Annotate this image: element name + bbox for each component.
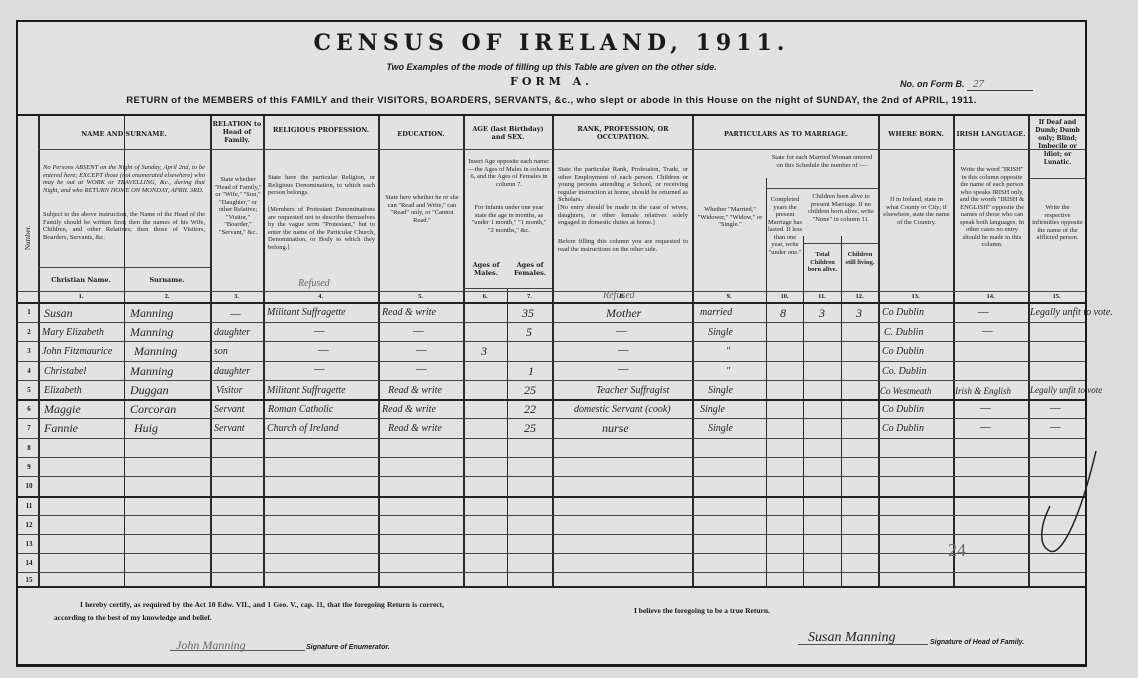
certification-text: I hereby certify, as required by the Act… bbox=[54, 598, 444, 624]
marriage-status: married bbox=[700, 307, 732, 318]
occupation: domestic Servant (cook) bbox=[574, 404, 671, 415]
relation: daughter bbox=[214, 327, 250, 338]
christian-name: Maggie bbox=[44, 402, 81, 417]
marriage-status: " bbox=[726, 366, 730, 377]
christian-name: Mary Elizabeth bbox=[42, 327, 104, 338]
religion: Roman Catholic bbox=[268, 404, 333, 415]
census-table: Number. NAME AND SURNAME. No Persons ABS… bbox=[18, 114, 1085, 588]
female-age: 1 bbox=[528, 364, 534, 379]
occupation: — bbox=[618, 361, 629, 376]
col-number: 15. bbox=[1028, 293, 1085, 300]
form-subtitle: Two Examples of the mode of filling up t… bbox=[18, 62, 1085, 72]
col-number: 9. bbox=[692, 293, 766, 300]
surname-header: Surname. bbox=[124, 276, 210, 284]
enumerator-signature: John Manning bbox=[176, 638, 246, 653]
infirmity: — bbox=[1050, 419, 1061, 434]
col-number: 3. bbox=[210, 293, 263, 300]
religion-instruction-1: State here the particular Religion, or R… bbox=[268, 174, 375, 197]
education: — bbox=[416, 342, 427, 357]
row-number: 4 bbox=[21, 367, 37, 375]
occupation: Mother bbox=[606, 306, 641, 321]
row-number: 8 bbox=[21, 444, 37, 452]
infirmity-instruction: Write the respective infirmities opposit… bbox=[1032, 204, 1083, 242]
return-line: RETURN of the MEMBERS of this FAMILY and… bbox=[18, 95, 1085, 106]
education-header: EDUCATION. bbox=[380, 130, 462, 138]
education: — bbox=[416, 361, 427, 376]
marriage-instruction: Whether "Married," "Widower," "Widow," o… bbox=[696, 206, 764, 229]
row-number: 1 bbox=[21, 308, 37, 316]
surname: Duggan bbox=[130, 383, 169, 398]
surname: Manning bbox=[130, 306, 173, 321]
years-married-header: Completed years the present Marriage has… bbox=[767, 196, 803, 256]
relation: Servant bbox=[214, 404, 245, 415]
children-living-header: Children still living. bbox=[842, 251, 878, 266]
row-number: 3 bbox=[21, 347, 37, 355]
col-number: 6. bbox=[463, 293, 507, 300]
name-instruction-1: No Persons ABSENT on the Night of Sunday… bbox=[43, 164, 205, 194]
col-number: 10. bbox=[766, 293, 803, 300]
where-born: Co Dublin bbox=[882, 423, 924, 434]
form-b-value: 27 bbox=[967, 78, 1033, 91]
relation: Servant bbox=[214, 423, 245, 434]
occupation: — bbox=[616, 323, 627, 338]
col-number: 5. bbox=[378, 293, 463, 300]
name-header: NAME AND SURNAME. bbox=[38, 130, 210, 138]
col-number: 4. bbox=[263, 293, 378, 300]
female-age: 25 bbox=[524, 421, 536, 436]
head-of-family-signature: Susan Manning bbox=[808, 630, 896, 646]
surname: Manning bbox=[130, 364, 173, 379]
education: Read & write bbox=[382, 307, 436, 318]
certification-footer: I hereby certify, as required by the Act… bbox=[18, 588, 1085, 664]
marriage-status: Single bbox=[708, 327, 733, 338]
col-number: 8. bbox=[552, 293, 692, 300]
irish-instruction: Write the word "IRISH" in this column op… bbox=[958, 166, 1026, 249]
row-number: 9 bbox=[21, 463, 37, 471]
marriage-status: Single bbox=[700, 404, 725, 415]
margin-note: 24 bbox=[948, 540, 966, 561]
children-instruction: Children born alive to present Marriage.… bbox=[805, 193, 877, 223]
age-header: AGE (last Birthday) and SEX. bbox=[465, 125, 551, 141]
religion-instruction-2: [Members of Protestant Denominations are… bbox=[268, 206, 375, 251]
education-instruction: State here whether he or she can "Read a… bbox=[383, 194, 461, 224]
total-children-header: Total Children born alive. bbox=[804, 251, 841, 274]
row-number: 6 bbox=[21, 405, 37, 413]
row-number: 12 bbox=[21, 521, 37, 529]
enumerator-signature-label: Signature of Enumerator. bbox=[306, 644, 390, 651]
where-born: Co Westmeath bbox=[880, 386, 931, 396]
education: — bbox=[413, 323, 424, 338]
col-number: 14. bbox=[953, 293, 1028, 300]
relation: daughter bbox=[214, 366, 250, 377]
number-header: Number. bbox=[24, 230, 32, 250]
relation-header: RELATION to Head of Family. bbox=[212, 120, 262, 144]
surname: Manning bbox=[134, 344, 177, 359]
occupation-instruction-2: [No entry should be made in the case of … bbox=[558, 204, 688, 227]
col-number: 12. bbox=[841, 293, 878, 300]
christian-name-header: Christian Name. bbox=[38, 276, 124, 284]
col-number: 1. bbox=[38, 293, 124, 300]
surname: Manning bbox=[130, 325, 173, 340]
years-married: 8 bbox=[780, 306, 786, 321]
irish-language-header: IRISH LANGUAGE. bbox=[955, 130, 1027, 138]
name-instruction-2: Subject to the above instruction, the Na… bbox=[43, 211, 205, 241]
row-number: 10 bbox=[21, 482, 37, 490]
irish-language: — bbox=[978, 304, 989, 319]
row-number: 5 bbox=[21, 386, 37, 394]
ages-females-header: Ages of Females. bbox=[508, 261, 552, 277]
christian-name: Susan bbox=[44, 306, 73, 321]
row-number: 14 bbox=[21, 559, 37, 567]
infirmity-header: If Deaf and Dumb; Dumb only; Blind; Imbe… bbox=[1030, 119, 1085, 167]
row-number: 11 bbox=[21, 502, 37, 510]
row-number: 13 bbox=[21, 540, 37, 548]
col-number: 13. bbox=[878, 293, 953, 300]
row-number: 15 bbox=[21, 576, 37, 584]
marriage-header: PARTICULARS AS TO MARRIAGE. bbox=[694, 130, 878, 138]
row-number: 2 bbox=[21, 328, 37, 336]
female-age: 35 bbox=[522, 306, 534, 321]
female-age: 25 bbox=[524, 383, 536, 398]
age-instruction-2: For Infants under one year state the age… bbox=[468, 204, 550, 234]
occupation: — bbox=[618, 342, 629, 357]
education: Read & write bbox=[388, 385, 442, 396]
religion: Militant Suffragette bbox=[267, 385, 346, 396]
children-born: 3 bbox=[819, 306, 825, 321]
religion-refused-annotation: Refused bbox=[298, 278, 330, 289]
belief-statement: I believe the foregoing to be a true Ret… bbox=[634, 606, 770, 615]
form-b-number: No. on Form B. 27 bbox=[900, 78, 1033, 91]
christian-name: John Fitzmaurice bbox=[42, 346, 112, 357]
christian-name: Fannie bbox=[44, 421, 78, 436]
age-instruction-1: Insert Age opposite each name:—the Ages … bbox=[468, 158, 550, 188]
where-born: C. Dublin bbox=[884, 327, 923, 338]
marriage-status: " bbox=[726, 346, 730, 357]
christian-name: Elizabeth bbox=[44, 385, 82, 396]
relation: — bbox=[230, 306, 241, 321]
where-born-instruction: If in Ireland, state in what County or C… bbox=[883, 196, 950, 226]
occupation-instruction-1: State the particular Rank, Profession, T… bbox=[558, 166, 688, 204]
irish-language: — bbox=[982, 323, 993, 338]
irish-language: — bbox=[980, 400, 991, 415]
christian-name: Christabel bbox=[44, 366, 86, 377]
religion: Militant Suffragette bbox=[267, 307, 346, 318]
children-living: 3 bbox=[856, 306, 862, 321]
marriage-status: Single bbox=[708, 385, 733, 396]
relation: Visitor bbox=[216, 385, 242, 396]
female-age: 5 bbox=[526, 325, 532, 340]
head-signature-label: Signature of Head of Family. bbox=[930, 639, 1024, 646]
irish-language: — bbox=[980, 419, 991, 434]
religion: — bbox=[318, 342, 329, 357]
where-born: Co Dublin bbox=[882, 346, 924, 357]
surname: Huig bbox=[134, 421, 158, 436]
education: Read & write bbox=[382, 404, 436, 415]
row-number: 7 bbox=[21, 424, 37, 432]
married-woman-instruction: State for each Married Woman entered on … bbox=[769, 154, 875, 169]
col-number: 7. bbox=[507, 293, 552, 300]
marriage-status: Single bbox=[708, 423, 733, 434]
relation: son bbox=[214, 346, 228, 357]
occupation-instruction-3: Before filling this column you are reque… bbox=[558, 238, 688, 253]
form-title: CENSUS OF IRELAND, 1911. bbox=[18, 30, 1085, 56]
where-born: Co Dublin bbox=[882, 404, 924, 415]
religion: — bbox=[314, 323, 325, 338]
occupation: nurse bbox=[602, 421, 629, 436]
where-born: Co Dublin bbox=[882, 307, 924, 318]
irish-language: Irish & English bbox=[955, 386, 1011, 396]
infirmity: Legally unfit to vote bbox=[1030, 385, 1102, 395]
checkmark-icon bbox=[1038, 446, 1098, 566]
male-age: 3 bbox=[481, 344, 487, 359]
religion: Church of Ireland bbox=[267, 423, 338, 434]
relation-instruction: State whether "Head of Family," or "Wife… bbox=[214, 176, 262, 236]
occupation-header: RANK, PROFESSION, OR OCCUPATION. bbox=[554, 125, 692, 141]
form-b-label: No. on Form B. bbox=[900, 79, 965, 89]
education: Read & write bbox=[388, 423, 442, 434]
female-age: 22 bbox=[524, 402, 536, 417]
ages-males-header: Ages of Males. bbox=[465, 261, 507, 277]
religion: — bbox=[314, 361, 325, 376]
where-born: Co. Dublin bbox=[882, 366, 926, 377]
col-number: 2. bbox=[124, 293, 210, 300]
census-form: CENSUS OF IRELAND, 1911. Two Examples of… bbox=[16, 20, 1087, 667]
where-born-header: WHERE BORN. bbox=[880, 130, 952, 138]
surname: Corcoran bbox=[130, 402, 176, 417]
occupation: Teacher Suffragist bbox=[596, 385, 669, 396]
infirmity: Legally unfit to vote. bbox=[1030, 307, 1113, 318]
col-number: 11. bbox=[803, 293, 841, 300]
infirmity: — bbox=[1050, 400, 1061, 415]
religion-header: RELIGIOUS PROFESSION. bbox=[265, 126, 377, 134]
